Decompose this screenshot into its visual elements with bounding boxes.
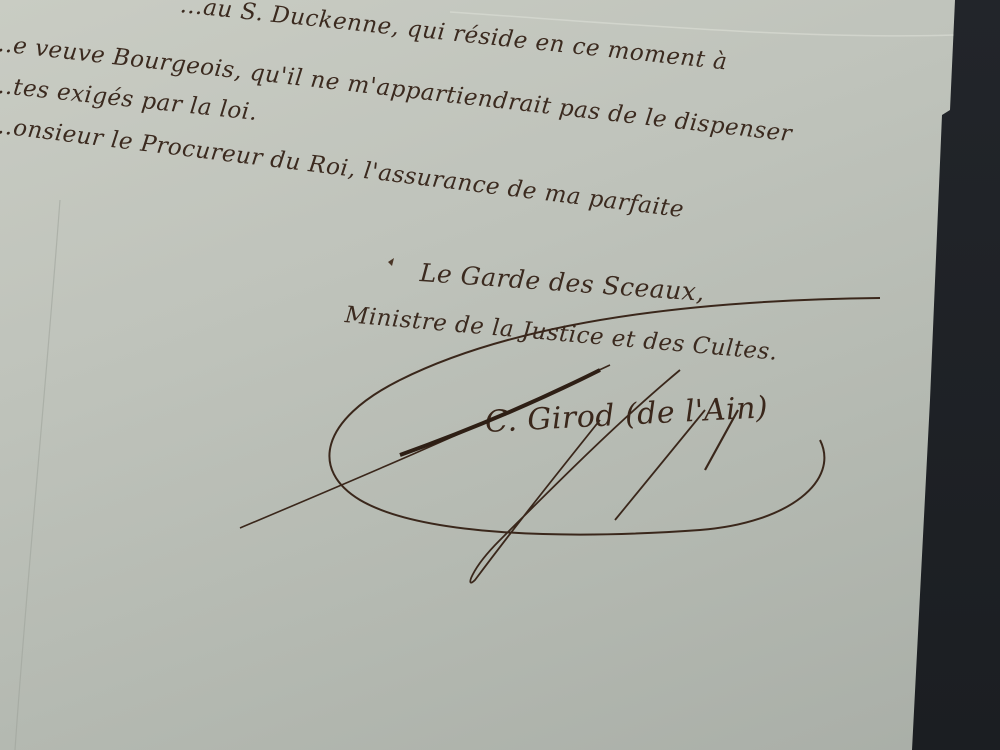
letter-paper: …au S. Duckenne, qui réside en ce moment…: [0, 0, 1000, 750]
paper-fold-crease: [0, 0, 1000, 750]
